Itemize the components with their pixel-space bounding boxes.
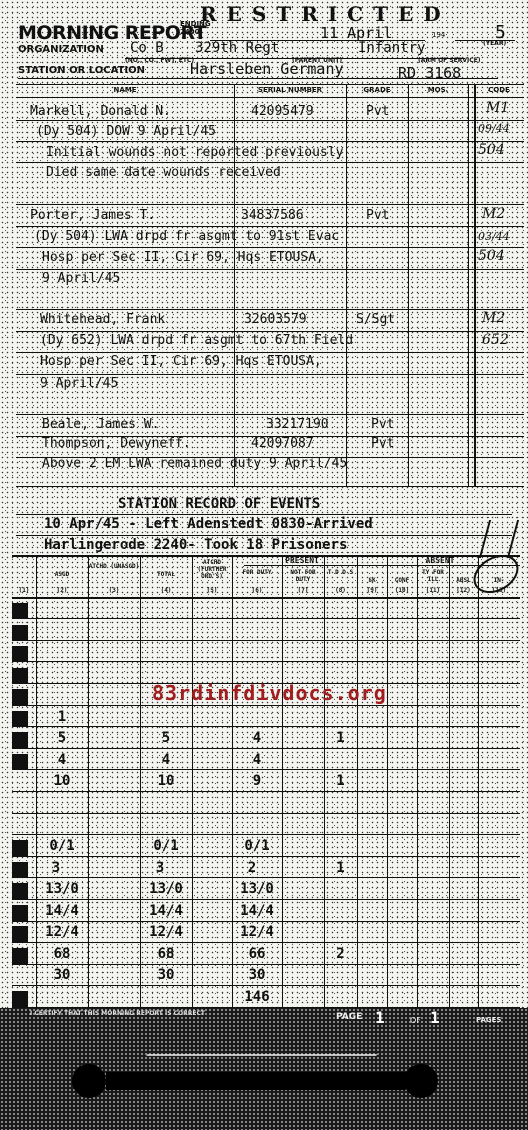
strength-table: PRESENT ABSENT (1) ASGD (2) ATCHD (UNASG… (12, 555, 520, 1008)
cell-asgd: 13/0 (36, 881, 88, 897)
cell-total: 5 (140, 730, 192, 746)
cell-total: 30 (140, 967, 192, 983)
organization-label: ORGANIZATION (18, 44, 104, 55)
watermark: 83rdinfdivdocs.org (152, 681, 387, 705)
row-label-block (12, 668, 28, 684)
entry-name: Thompson, Dewyneff. (42, 436, 191, 451)
cell-for-duty: 9 (232, 773, 282, 789)
cell-asgd: 5 (36, 730, 88, 746)
entry-code: 504 (478, 142, 505, 158)
rule (16, 247, 524, 248)
hdr-num: (1) (12, 587, 36, 594)
cell-for-duty-total: 146 (232, 989, 282, 1005)
entry-remark: 9 April/45 (40, 376, 118, 391)
col-divider (282, 555, 283, 1008)
row-label-block (12, 991, 28, 1007)
rule (16, 162, 524, 163)
entry-remark: Died same date wounds received (46, 165, 281, 180)
morning-report-page: RESTRICTED MORNING REPORT ENDING 2400 11… (0, 0, 528, 1130)
present-group-rule (244, 565, 360, 566)
row-label-block (12, 862, 28, 878)
cell-tdds: 1 (324, 730, 357, 746)
rule (16, 269, 524, 270)
rule (12, 899, 520, 900)
entry-remark: Initial wounds not reported previously (46, 145, 343, 160)
entry-remark: Hosp per Sec II, Cir 69, Hqs ETOUSA, (42, 250, 324, 265)
present-group-label: PRESENT (244, 557, 360, 564)
cell-asgd: 1 (36, 709, 88, 725)
hdr-num: (11) (417, 587, 449, 594)
col-divider (88, 555, 89, 1008)
rule (16, 204, 524, 205)
entry-remark: Hosp per Sec II, Cir 69, Hqs ETOUSA, (40, 354, 322, 369)
entry-name: Whitehead, Frank (40, 312, 165, 327)
hdr-num: (4) (140, 587, 192, 594)
hdr-atchd-unasgd: ATCHD (UNASGD) (88, 563, 140, 570)
hdr-num: (12) (449, 587, 478, 594)
cell-total: 3 (140, 860, 180, 876)
entry-serial: 34837586 (241, 208, 304, 223)
rule (12, 942, 520, 943)
company: Co B (130, 40, 164, 56)
row-label-block (12, 948, 28, 964)
hdr-num: (2) (36, 587, 88, 594)
col-divider (417, 555, 418, 1008)
row-label-block (12, 689, 28, 705)
arm-of-service: Infantry (358, 40, 425, 56)
rule (16, 141, 524, 142)
hdr-atchd-further: ATCHD (FURTHER ORD'S) (192, 559, 232, 580)
classification-stamp: RESTRICTED (200, 2, 451, 26)
cell-total: 12/4 (140, 924, 192, 940)
entry-serial: 42095479 (251, 104, 314, 119)
row-label-block (12, 603, 28, 619)
cell-asgd: 10 (36, 773, 88, 789)
map-reference: RD 3168 (398, 64, 461, 82)
rule (12, 618, 520, 619)
entry-serial: 32603579 (244, 312, 307, 327)
station-value: Harsleben Germany (190, 60, 344, 78)
station-record-line: 10 Apr/45 - Left Adenstedt 0830-Arrived (44, 516, 373, 532)
cell-for-duty: 30 (232, 967, 282, 983)
entry-serial: 42097087 (251, 436, 314, 451)
entry-code: 09/44 (478, 122, 510, 135)
cell-for-duty: 13/0 (232, 881, 282, 897)
cell-total: 0/1 (140, 838, 192, 854)
entry-code: M1 (486, 100, 509, 116)
rule (12, 640, 520, 641)
col-divider (474, 84, 476, 487)
rule (12, 705, 520, 706)
entry-remark: 9 April/45 (42, 271, 120, 286)
col-divider (387, 555, 388, 1008)
hdr-for-duty: FOR DUTY (232, 569, 282, 576)
rule (16, 486, 524, 487)
row-label-block (12, 625, 28, 641)
hdr-ty-for-ill: TY FOR ILL (417, 569, 449, 583)
hdr-num: (10) (387, 587, 417, 594)
cell-for-duty: 4 (232, 752, 282, 768)
rule (16, 374, 524, 375)
rule (12, 834, 520, 835)
station-record-underline (16, 514, 512, 515)
of-label: OF (410, 1016, 421, 1025)
col-grade: GRADE (346, 86, 408, 94)
rule (12, 813, 520, 814)
entry-grade: Pvt (371, 436, 394, 451)
hdr-tdds: T D D S (324, 569, 357, 576)
cell-for-duty: 66 (232, 946, 282, 962)
form-title: MORNING REPORT (18, 22, 206, 44)
cell-asgd: 3 (36, 860, 76, 876)
page-label: PAGE (336, 1012, 362, 1022)
roster-header: NAME SERIAL NUMBER GRADE MOS. CODE (16, 84, 524, 98)
rule (16, 309, 524, 310)
rule (12, 921, 520, 922)
entry-code: 03/44 (478, 230, 510, 243)
station-label: STATION OR LOCATION (18, 65, 145, 76)
binder-hole (404, 1064, 438, 1098)
row-label-block (12, 883, 28, 899)
rule (12, 985, 520, 986)
col-divider (449, 555, 450, 1008)
hdr-asgd: ASGD (36, 571, 88, 578)
hdr-num: (5) (192, 587, 232, 594)
cell-total: 14/4 (140, 903, 192, 919)
cell-total: 68 (140, 946, 192, 962)
rule (16, 331, 524, 332)
rule (12, 856, 520, 857)
hdr-total: TOTAL (140, 571, 192, 578)
year-label: (YEAR) (483, 40, 506, 47)
entry-remark: (Dy 652) LWA drpd fr asgmt to 67th Field (40, 333, 353, 348)
entry-name: Porter, James T. (30, 208, 155, 223)
regiment: 329th Regt (195, 40, 279, 56)
entry-code: 504 (478, 248, 505, 264)
binder-hole (72, 1064, 106, 1098)
entry-serial: 33217190 (266, 417, 329, 432)
org-sublabel-arm: (ARM OF SERVICE) (418, 57, 481, 64)
col-name: NAME (16, 86, 234, 94)
col-divider (192, 555, 193, 1008)
hdr-num: (9) (357, 587, 387, 594)
cell-asgd: 14/4 (36, 903, 88, 919)
cell-asgd: 4 (36, 752, 88, 768)
cell-for-duty: 14/4 (232, 903, 282, 919)
col-divider (408, 84, 409, 487)
cell-for-duty: 0/1 (232, 838, 282, 854)
row-label-block (12, 646, 28, 662)
rule (16, 414, 524, 415)
entry-grade: S/Sgt (356, 312, 395, 327)
col-divider (357, 555, 358, 1008)
col-divider (478, 555, 479, 1008)
rule (12, 964, 520, 965)
col-mos: MOS. (408, 86, 468, 94)
entry-grade: Pvt (366, 208, 389, 223)
entry-code: M2 (482, 206, 505, 222)
cell-for-duty: 4 (232, 730, 282, 746)
certification-text: I CERTIFY THAT THIS MORNING REPORT IS CO… (30, 1010, 205, 1017)
pages-label: PAGES (476, 1016, 501, 1024)
ending-label: ENDING 2400 (180, 20, 210, 36)
rule (12, 877, 520, 878)
hdr-sk: SK (357, 577, 387, 584)
hdr-num: (8) (324, 587, 357, 594)
cell-for-duty: 12/4 (232, 924, 282, 940)
entry-remark: (Dy 504) LWA drpd fr asgmt to 91st Evac (34, 229, 339, 244)
station-record-line: Harlingerode 2240- Took 18 Prisoners (44, 537, 347, 553)
row-label-block (12, 905, 28, 921)
hdr-not-for-duty: NOT FOR DUTY (282, 569, 324, 583)
row-label-block (12, 711, 28, 727)
roster-section: NAME SERIAL NUMBER GRADE MOS. CODE Marke… (16, 84, 524, 487)
signature-block-bar (106, 1072, 406, 1090)
entry-grade: Pvt (371, 417, 394, 432)
col-divider (468, 84, 469, 487)
cell-tdds: 1 (324, 860, 357, 876)
rule (12, 769, 520, 770)
col-serial: SERIAL NUMBER (234, 86, 346, 94)
handwritten-initials (479, 520, 519, 558)
hdr-conf: CONF (387, 577, 417, 584)
col-code: CODE (474, 86, 524, 94)
entry-remark: (Dy 504) DOW 9 April/45 (36, 124, 216, 139)
rule (16, 120, 524, 121)
rule (12, 661, 520, 662)
rule (12, 748, 520, 749)
cell-tdds: 1 (324, 773, 357, 789)
cell-tdds: 2 (324, 946, 357, 962)
entry-grade: Pvt (366, 104, 389, 119)
station-record-underline (16, 535, 512, 536)
row-label-block (12, 840, 28, 856)
hdr-num: (7) (282, 587, 324, 594)
entry-code: 652 (482, 332, 509, 348)
cell-asgd: 12/4 (36, 924, 88, 940)
rule (16, 352, 524, 353)
cell-for-duty: 2 (232, 860, 272, 876)
entry-name: Markell, Donald N. (30, 104, 171, 119)
cell-total: 13/0 (140, 881, 192, 897)
cell-asgd: 68 (36, 946, 88, 962)
col-divider (346, 84, 347, 487)
entry-name: Beale, James W. (42, 417, 159, 432)
page-number: 1 (375, 1008, 385, 1027)
rule (16, 226, 524, 227)
row-label-block (12, 926, 28, 942)
station-record-title: STATION RECORD OF EVENTS (118, 496, 320, 512)
year-prefix: 194 (432, 31, 445, 39)
org-sublabel-unit: (NO., CO., FWT, ETC) (125, 57, 194, 64)
cell-total: 4 (140, 752, 192, 768)
hdr-num: (6) (232, 587, 282, 594)
cell-asgd: 30 (36, 967, 88, 983)
signature (146, 1040, 383, 1056)
rule (12, 726, 520, 727)
row-label-block (12, 732, 28, 748)
cell-total: 10 (140, 773, 192, 789)
cell-asgd: 0/1 (36, 838, 88, 854)
rule (12, 791, 520, 792)
page-total: 1 (430, 1008, 440, 1027)
entry-code: M2 (482, 310, 505, 326)
hdr-num: (3) (88, 587, 140, 594)
entry-remark: Above 2 EM LWA remained duty 9 April/45 (42, 456, 347, 471)
row-label-block (12, 754, 28, 770)
